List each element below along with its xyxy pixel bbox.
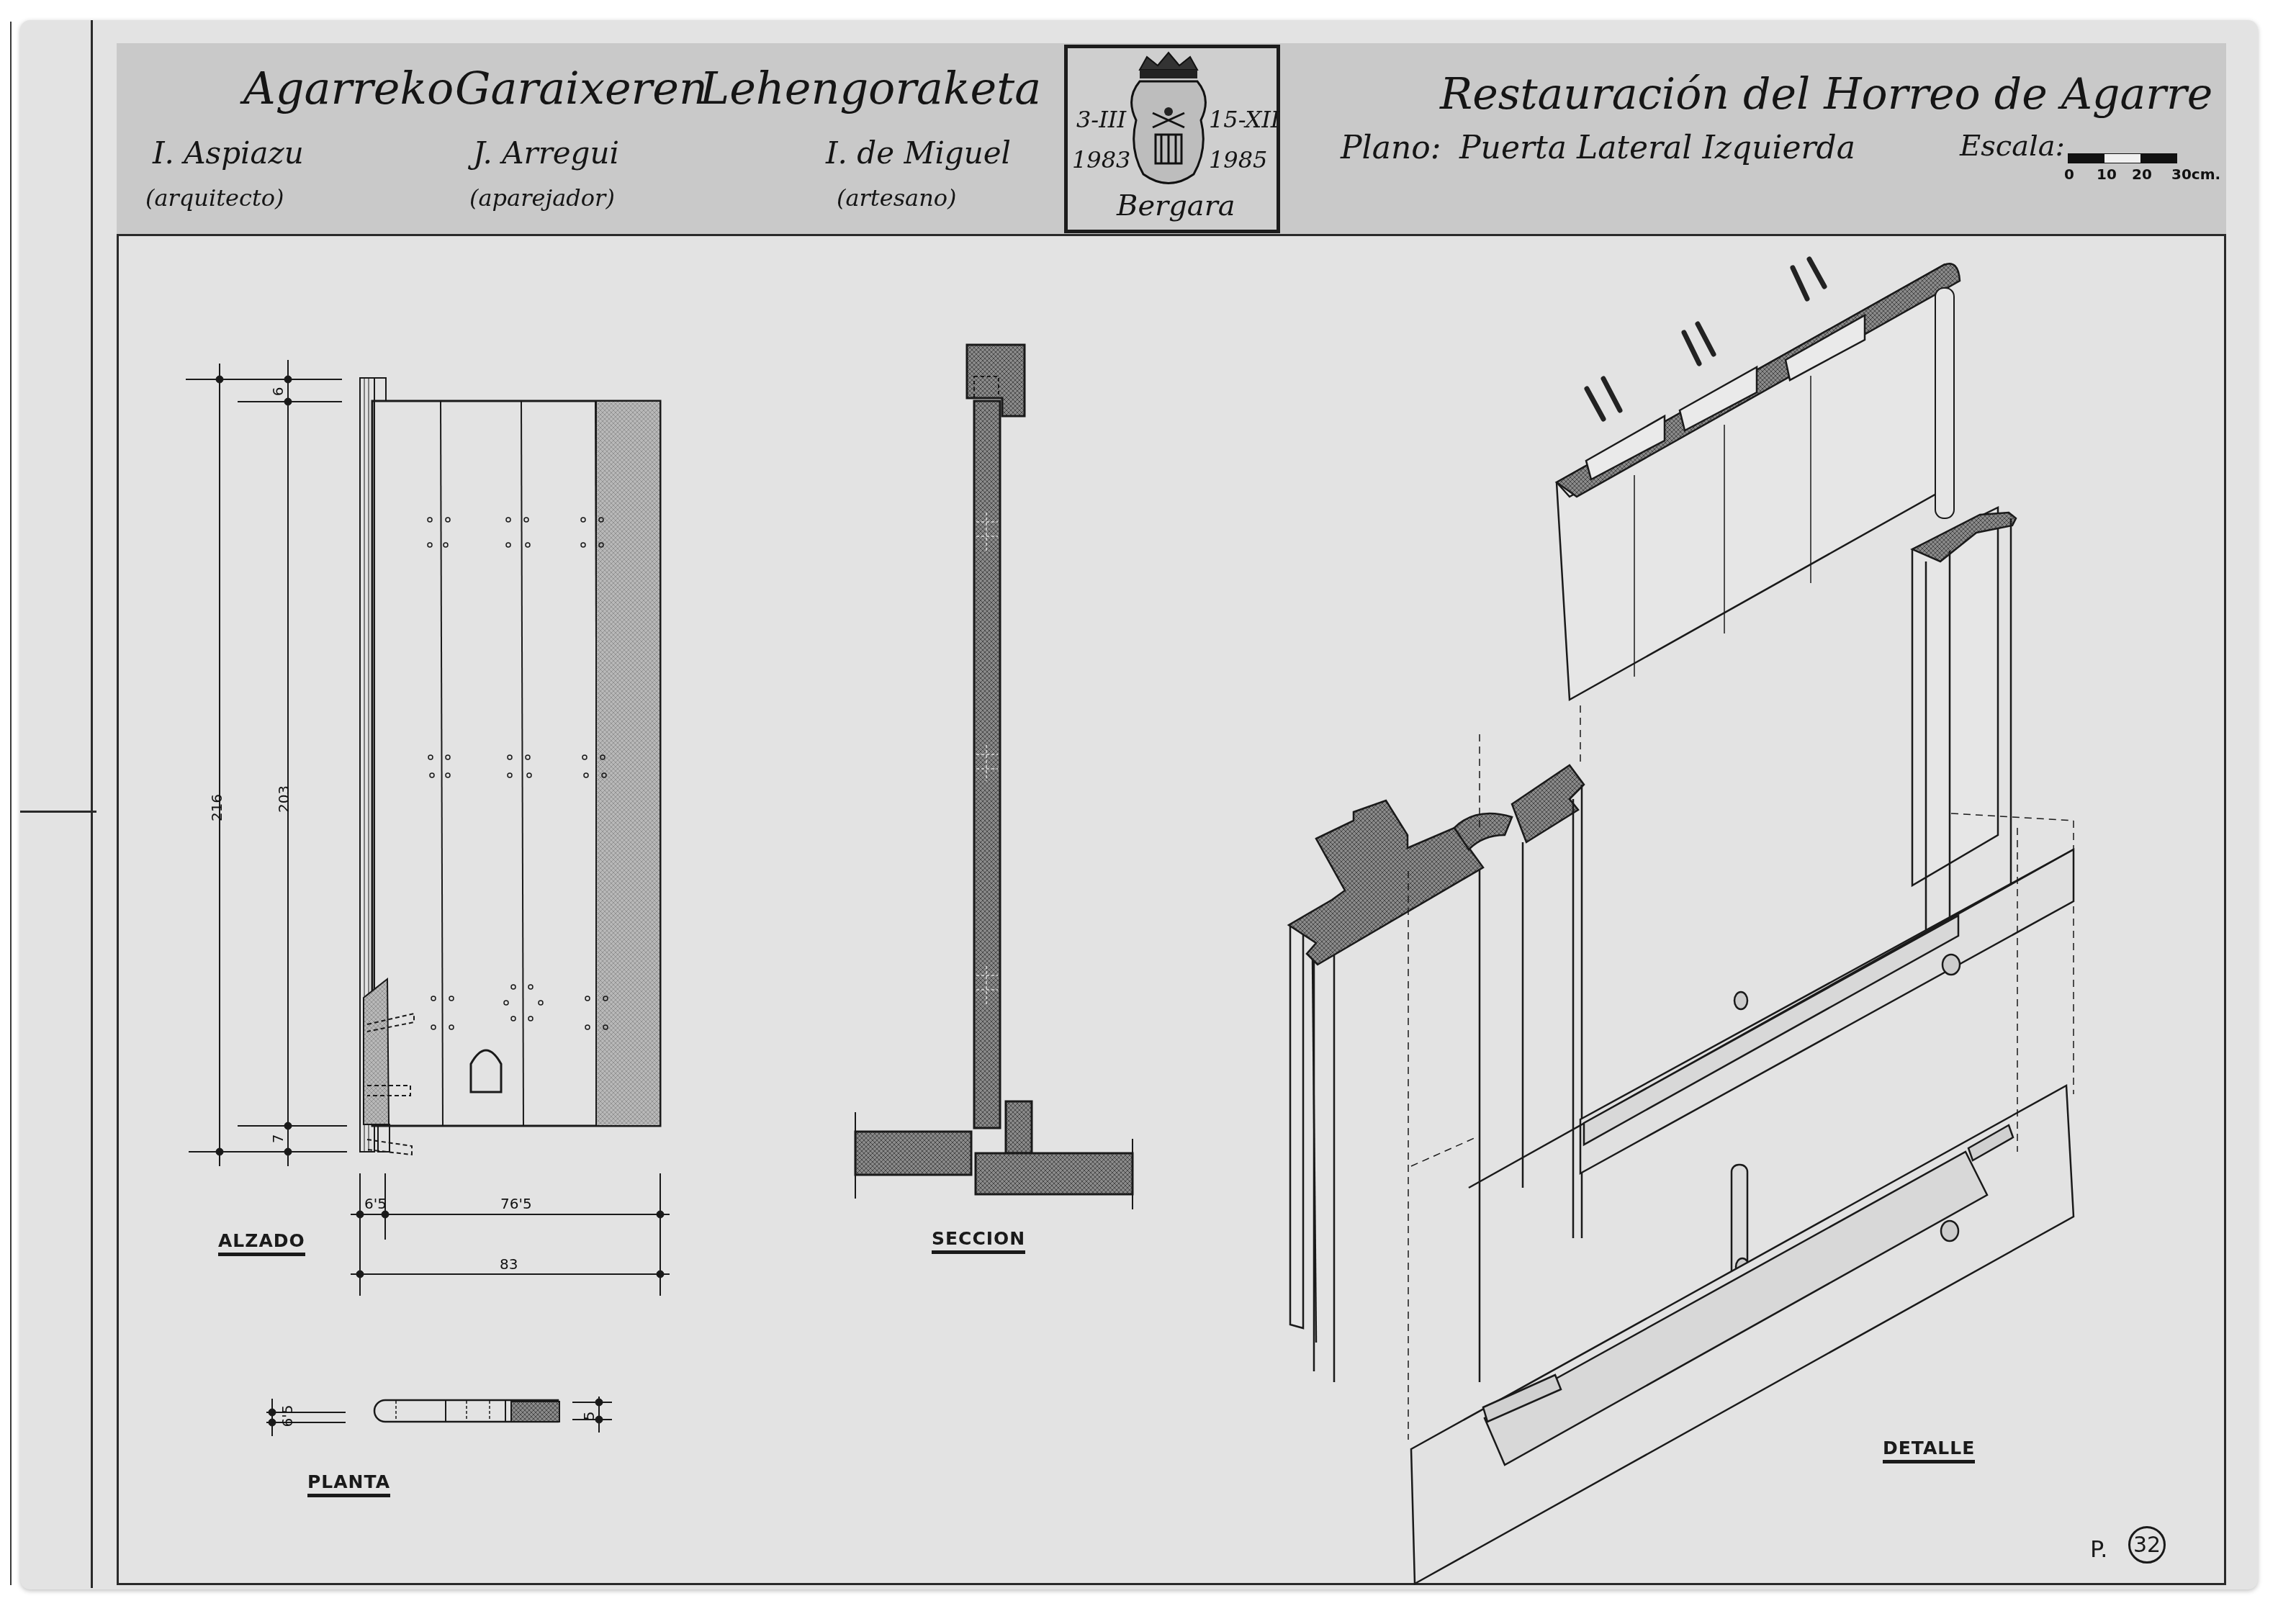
- page-prefix: P.: [2090, 1535, 2107, 1563]
- alzado-elevation-drawing: [186, 360, 670, 1296]
- planta-plan-drawing: [266, 1397, 612, 1436]
- dim-top-offset: 6: [269, 387, 287, 397]
- page-number-badge: 32: [2128, 1526, 2166, 1564]
- dim-jamb-width: 6'5: [364, 1195, 387, 1212]
- dim-bottom-offset: 7: [269, 1134, 287, 1144]
- seccion-label: SECCION: [932, 1229, 1025, 1254]
- seccion-section-drawing: [855, 345, 1133, 1209]
- dim-total-width: 83: [500, 1255, 518, 1273]
- dim-panel-width: 76'5: [500, 1195, 532, 1212]
- alzado-label: ALZADO: [218, 1231, 305, 1256]
- dim-planta-left-thickness: 6'5: [279, 1405, 296, 1427]
- dim-planta-right-thickness: 5: [580, 1412, 598, 1421]
- technical-drawings: [0, 0, 2278, 1624]
- detalle-isometric-drawing: [1289, 259, 2074, 1584]
- page-number: 32: [2133, 1533, 2161, 1558]
- planta-label: PLANTA: [307, 1472, 390, 1497]
- detalle-label: DETALLE: [1883, 1438, 1975, 1463]
- dim-door-height: 203: [275, 785, 292, 813]
- dim-total-height: 216: [208, 794, 225, 821]
